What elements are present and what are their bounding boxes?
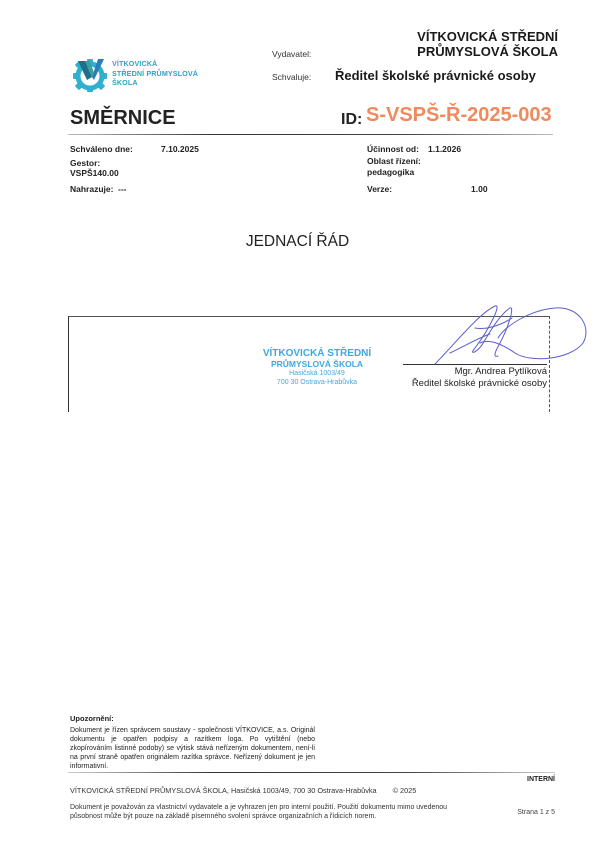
notice-body: Dokument je řízen správcem soustavy - sp… <box>70 726 315 771</box>
effective-value: 1.1.2026 <box>428 144 461 154</box>
guarantor-value: VSPŠ140.00 <box>70 168 119 178</box>
document-title: JEDNACÍ ŘÁD <box>0 233 595 251</box>
publisher-label: Vydavatel: <box>272 49 311 59</box>
version-label: Verze: <box>367 184 392 194</box>
signer-block: Mgr. Andrea Pytlíková Ředitel školské pr… <box>412 366 547 390</box>
doc-id: S-VSPŠ-Ř-2025-003 <box>366 104 552 127</box>
approver-label: Schvaluje: <box>272 72 311 82</box>
stamp-line-2: PRŮMYSLOVÁ ŠKOLA <box>252 359 382 369</box>
logo-line-1: VÍTKOVICKÁ <box>112 59 198 69</box>
gear-logo-icon <box>70 55 110 95</box>
school-logo: VÍTKOVICKÁ STŘEDNÍ PRŮMYSLOVÁ ŠKOLA <box>70 55 230 95</box>
footer-address: VÍTKOVICKÁ STŘEDNÍ PRŮMYSLOVÁ ŠKOLA, Has… <box>70 786 416 795</box>
stamp-line-4: 700 30 Ostrava-Hrabůvka <box>252 378 382 387</box>
stamp-line-3: Hasičská 1003/49 <box>252 369 382 378</box>
publisher-line-1: VÍTKOVICKÁ STŘEDNÍ <box>417 29 558 44</box>
approved-date-label: Schváleno dne: <box>70 144 133 154</box>
logo-line-3: ŠKOLA <box>112 78 198 88</box>
effective-label: Účinnost od: <box>367 144 419 154</box>
footer-copyright: © 2025 <box>393 786 417 795</box>
approved-date-value: 7.10.2025 <box>161 144 199 154</box>
area-value: pedagogika <box>367 167 414 177</box>
footer-note: Dokument je považován za vlastnictví vyd… <box>70 803 480 821</box>
classification-label: INTERNÍ <box>527 776 555 783</box>
footer-divider <box>68 772 555 773</box>
doc-id-label: ID: <box>341 111 362 129</box>
footer-address-text: VÍTKOVICKÁ STŘEDNÍ PRŮMYSLOVÁ ŠKOLA, Has… <box>70 786 377 795</box>
publisher-name: VÍTKOVICKÁ STŘEDNÍ PRŮMYSLOVÁ ŠKOLA <box>417 29 558 59</box>
approver-name: Ředitel školské právnické osoby <box>335 68 536 83</box>
page-number: Strana 1 z 5 <box>517 809 555 816</box>
school-stamp: VÍTKOVICKÁ STŘEDNÍ PRŮMYSLOVÁ ŠKOLA Hasi… <box>252 348 382 387</box>
stamp-line-1: VÍTKOVICKÁ STŘEDNÍ <box>252 348 382 359</box>
area-label: Oblast řízení: <box>367 156 421 166</box>
signer-role: Ředitel školské právnické osoby <box>412 378 547 390</box>
notice-title: Upozornění: <box>70 714 114 723</box>
replaces-label: Nahrazuje: <box>70 184 113 194</box>
document-type: SMĚRNICE <box>70 107 176 130</box>
logo-line-2: STŘEDNÍ PRŮMYSLOVÁ <box>112 69 198 79</box>
guarantor-label: Gestor: <box>70 158 100 168</box>
publisher-line-2: PRŮMYSLOVÁ ŠKOLA <box>417 44 558 59</box>
replaces-value: --- <box>118 184 127 194</box>
logo-wordmark: VÍTKOVICKÁ STŘEDNÍ PRŮMYSLOVÁ ŠKOLA <box>112 59 198 88</box>
version-value: 1.00 <box>471 184 488 194</box>
header-divider <box>68 134 553 135</box>
signer-name: Mgr. Andrea Pytlíková <box>412 366 547 378</box>
